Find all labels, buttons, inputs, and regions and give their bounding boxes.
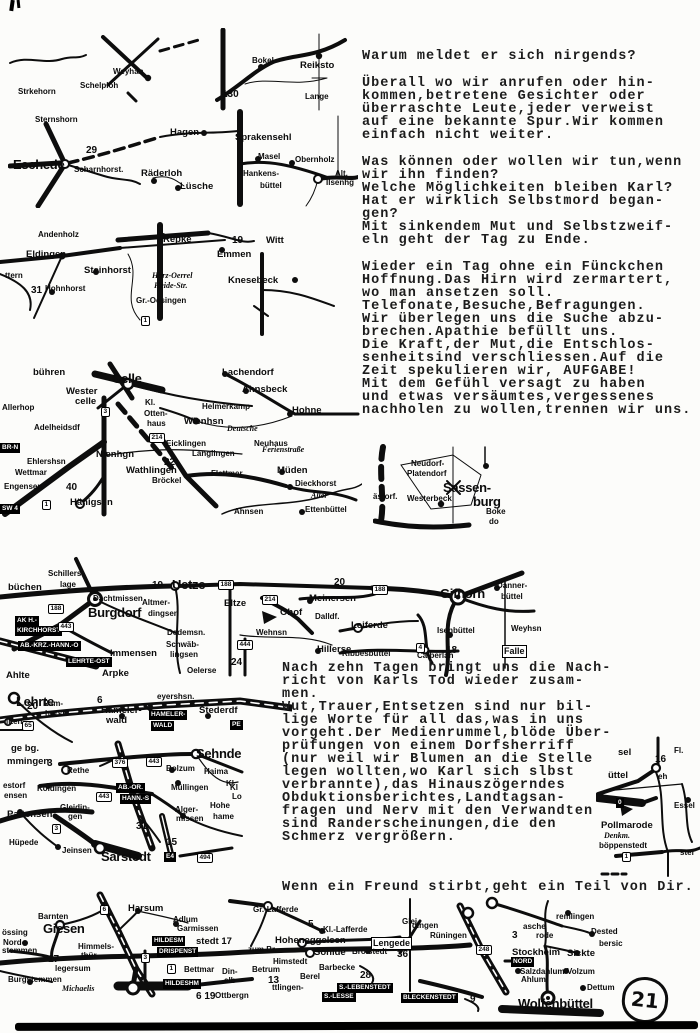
map-label: wald <box>106 716 127 726</box>
map-label: Platendorf <box>407 470 447 478</box>
map-label: Gifhorn <box>440 587 485 600</box>
map-label: Essel <box>674 802 695 810</box>
map-label: Uetze <box>172 578 205 591</box>
map-label: Andenholz <box>38 231 79 239</box>
map-label: Eicklingen <box>166 440 206 448</box>
map-label: 130 <box>222 90 239 100</box>
map-label: Dieckhorst <box>295 480 336 488</box>
scan-bottom-bar <box>15 1021 698 1031</box>
map-label: 24 <box>231 658 242 668</box>
map-label: 19 <box>232 236 243 246</box>
scan-corner-mark <box>8 0 34 14</box>
map-label: Adelheidsdf <box>34 424 80 432</box>
map-label: 214 <box>149 433 165 443</box>
map-label: 5 <box>308 920 314 930</box>
paragraph: Wieder ein Tag ohne ein Fünckchen Hoffnu… <box>362 261 700 417</box>
map-label: Dalldf. <box>315 613 339 621</box>
map-label: ilten <box>6 718 22 726</box>
map-label: Dettum <box>587 984 615 992</box>
map-label: lingsen <box>170 651 198 659</box>
map-fragment-hildesheim-wolfenbuettel: BarntenGiesenössingNord-stemmen17Himmels… <box>0 891 700 1022</box>
map-label: DRISPENST <box>157 947 198 957</box>
map-label: KIRCHHORST <box>15 626 62 636</box>
map-label: Ahlte <box>6 671 30 681</box>
scanned-zine-page: StrkehornSchelplohWeyhan BokelReikstoLan… <box>0 0 700 1033</box>
map-label: mmingen <box>7 757 49 767</box>
map-label: 1 <box>622 852 631 862</box>
map-label: Hänigsen <box>70 498 113 508</box>
map-label: Bolzum <box>166 765 195 773</box>
map-label: Gr.-Oesingen <box>136 297 186 305</box>
map-label: Burgstemmen <box>8 976 62 984</box>
map-label: Hankens- <box>243 170 279 178</box>
map-label: Langlingen <box>192 450 235 458</box>
map-label: 18 <box>446 646 457 656</box>
map-label: Volzum <box>567 968 595 976</box>
map-label: Weyhsn <box>511 625 542 633</box>
map-label: hame <box>213 813 234 821</box>
map-label: 3 <box>47 759 53 769</box>
map-label: Dedemsn. <box>167 629 205 637</box>
map-label: Aller <box>311 492 327 500</box>
paragraph: Überall wo wir anrufen oder hin- kommen,… <box>362 77 700 142</box>
map-label: Ilsenhg <box>326 179 354 187</box>
map-label: HILDESHM <box>163 979 201 989</box>
map-label: WALD <box>151 721 174 731</box>
map-label: sel <box>618 748 631 758</box>
map-label: büchen <box>8 583 42 593</box>
page-number: 21 <box>630 987 660 1014</box>
map-label: LEHRTE-OST <box>66 657 112 667</box>
map-label: Knesebeck <box>228 276 278 286</box>
map-label: Lachendorf <box>222 368 274 378</box>
map-label: 36 <box>397 950 408 960</box>
map-label: Söhlde <box>314 948 346 958</box>
map-label: Bröckel <box>152 477 181 485</box>
map-label: 20 <box>334 578 345 588</box>
map-label: ttern <box>5 272 23 280</box>
map-label: ge bg. <box>11 744 39 754</box>
map-label: Leiferde <box>351 621 388 631</box>
map-label: Haima <box>204 768 228 776</box>
map-label: 3 <box>101 407 110 417</box>
map-label: üttel <box>608 771 628 781</box>
map-label: 31 <box>31 286 42 296</box>
map-label: Neuhaus <box>254 440 288 448</box>
map-label: Garmissen <box>177 925 218 933</box>
map-fragment-lehrte-sarstedt: Lehrte20Ram-horstilten656eyershsn.Hämele… <box>0 686 292 884</box>
map-label: Witt <box>266 236 284 246</box>
map-label: Flettmer <box>211 470 243 478</box>
map-label: Otten- <box>144 410 168 418</box>
map-label: 444 <box>237 640 253 650</box>
map-label: Kl. <box>145 399 155 407</box>
map-label: 1 <box>42 500 51 510</box>
map-label: AB.-OR. <box>116 783 145 793</box>
map-label: Räderloh <box>141 169 182 179</box>
map-label: estorf <box>3 782 25 790</box>
map-label: Sternshorn <box>35 116 78 124</box>
map-label: Rethe <box>67 767 89 775</box>
map-label: HILDESM <box>152 936 185 946</box>
map-label: rode <box>536 932 553 940</box>
map-label: 494 <box>197 853 213 863</box>
map-label: Hagen <box>170 128 199 138</box>
map-label: AK H.- <box>15 616 39 626</box>
map-label: missen <box>176 815 204 823</box>
map-label: Gr.-Lafferde <box>253 906 298 914</box>
map-label: Deutsche <box>227 425 258 433</box>
map-label: bersic <box>599 940 623 948</box>
map-fragment-celle: bührenCelleWestercelleAllerhopAdelheidsd… <box>0 346 362 520</box>
map-label: 3 <box>141 953 150 963</box>
map-label: Westerbeck <box>407 495 452 503</box>
map-label: Fl. <box>674 747 683 755</box>
map-label: Kl.-Lafferde <box>323 926 367 934</box>
map-label: 443 <box>96 792 112 802</box>
map-label: Sehnde <box>196 747 241 760</box>
map-label: Eltze <box>224 599 246 609</box>
map-label: Celle <box>112 372 142 385</box>
map-label: Weyhan <box>113 68 144 76</box>
map-label: Stederdf <box>199 706 238 716</box>
map-label: 6 <box>100 905 109 915</box>
map-label: 29 <box>86 146 97 156</box>
map-label: 16 <box>655 755 666 765</box>
map-label: Allerhop <box>2 404 34 412</box>
map-label: remlingen <box>556 913 594 921</box>
map-label: Barbecke <box>319 964 355 972</box>
map-label: Steinhorst <box>84 266 131 276</box>
map-label: eyershsn. <box>157 693 194 701</box>
map-label: ster <box>680 849 695 857</box>
map-label: 40 <box>66 483 77 493</box>
map-label: Oelerse <box>187 667 216 675</box>
map-label: Ahnsen <box>234 508 263 516</box>
map-label: 0 <box>616 798 624 808</box>
map-label: zum Br. <box>248 946 277 954</box>
map-label: Schillers- <box>48 570 84 578</box>
map-label: HAMELER- <box>149 710 187 720</box>
map-label: Neudorf- <box>411 460 444 468</box>
map-label: Helmerkamp <box>202 403 250 411</box>
map-label: 188 <box>48 604 64 614</box>
map-label: Koldingen <box>37 785 76 793</box>
map-label: Harz-Oerrel <box>152 272 192 280</box>
map-label: Sprakensehl <box>235 133 292 143</box>
map-label: össing <box>2 929 28 937</box>
map-label: büttel <box>260 182 282 190</box>
map-label: Giesen <box>43 922 85 935</box>
map-label: Sickte <box>567 949 595 959</box>
typewriter-final-line: Wenn ein Freund stirbt,geht ein Teil von… <box>282 881 700 908</box>
map-label: Falle <box>502 645 527 658</box>
map-label: do <box>489 518 499 526</box>
map-label: celle <box>75 397 96 407</box>
map-label: HANN.-S <box>120 794 151 804</box>
map-label: 214 <box>262 595 278 605</box>
map-label: Schwäb- <box>166 641 199 649</box>
map-label: 31 <box>136 822 147 832</box>
map-label: Repke <box>163 235 192 245</box>
map-label: ästorf. <box>373 493 397 501</box>
map-label: Ram- <box>43 700 63 708</box>
map-label: NORD <box>511 957 534 967</box>
map-label: Lüsche <box>180 182 213 192</box>
map-label: Boke <box>486 508 506 516</box>
map-label: haus <box>147 420 166 428</box>
map-label: legersum <box>55 965 91 973</box>
map-label: 9 <box>470 995 476 1005</box>
map-label: Altmer- <box>142 599 170 607</box>
map-label: Sarstedt <box>101 850 151 863</box>
map-label: Betrum <box>252 966 280 974</box>
map-label: dingen <box>412 922 438 930</box>
map-label: büttel <box>501 593 523 601</box>
map-label: Arpke <box>102 669 129 679</box>
map-label: 19 <box>152 581 163 591</box>
map-label: Hohe <box>210 802 230 810</box>
map-label: Pollmarode <box>601 821 653 831</box>
map-label: Pattensen <box>7 810 52 820</box>
map-label: Müllingen <box>171 784 208 792</box>
map-fragment-bokel: BokelReikstoLange130 <box>215 28 355 116</box>
map-label: 20 <box>27 702 38 712</box>
map-label: Hüpede <box>9 839 38 847</box>
map-label: Lange <box>305 93 329 101</box>
paragraph: Nach zehn Tagen bringt uns die Nach- ric… <box>282 662 700 844</box>
map-label: BR-N <box>0 443 20 453</box>
map-label: Hoheneggelsen <box>275 936 346 946</box>
map-label: 443 <box>146 757 162 767</box>
map-label: Scharnhorst. <box>74 166 123 174</box>
map-label: elb <box>224 977 236 985</box>
map-label: AB.-KRZ.-HANN.-O <box>18 641 81 651</box>
map-label: PE <box>230 720 243 730</box>
map-fragment-schelploh: StrkehornSchelplohWeyhan <box>8 35 218 107</box>
map-label: Meinersen <box>309 594 356 604</box>
map-label: Ribbesbüttel <box>342 650 390 658</box>
map-label: Wehnsn <box>256 629 287 637</box>
map-label: E4 <box>164 852 176 862</box>
map-label: 15 <box>166 838 177 848</box>
map-roads <box>215 28 355 116</box>
map-label: böppenstedt <box>599 842 647 850</box>
map-label: Eldingen <box>26 250 66 260</box>
map-label: Ottbergn <box>215 992 249 1000</box>
map-label: Danner- <box>497 582 527 590</box>
map-label: Ehlershsn <box>27 458 66 466</box>
map-label: BLECKENSTEDT <box>401 993 458 1003</box>
map-label: 28 <box>360 971 371 981</box>
map-label: Bettmar <box>184 966 214 974</box>
map-label: Berel <box>300 973 320 981</box>
map-label: Heide-Str. <box>154 282 188 290</box>
map-label: 65 <box>22 721 34 731</box>
map-label: 188 <box>218 580 234 590</box>
map-label: SW 4 <box>0 504 20 514</box>
map-label: Reiksto <box>300 61 334 71</box>
map-label: 188 <box>372 585 388 595</box>
map-label: bühren <box>33 368 65 378</box>
map-label: 443 <box>58 622 74 632</box>
map-label: Obernholz <box>295 156 335 164</box>
map-label: 6 19 <box>196 992 215 1002</box>
map-label: Ettenbüttel <box>305 506 347 514</box>
map-label: Jeinsen <box>62 847 92 855</box>
paragraph: Warum meldet er sich nirgends? <box>362 50 700 63</box>
map-label: Ahnsbeck <box>242 385 287 395</box>
map-label: 1 <box>141 316 150 326</box>
map-label: 3 <box>52 824 61 834</box>
map-label: Wettmar <box>15 469 47 477</box>
map-label: Bokel <box>252 57 274 65</box>
map-label: stemmen <box>2 947 37 955</box>
map-label: Hohnhorst <box>45 285 85 293</box>
map-label: 3 <box>512 931 518 941</box>
map-fragment-sassenburg: Neudorf-PlatendorfSassen-burgWesterbeckä… <box>373 443 513 531</box>
map-label: 1 <box>167 964 176 974</box>
map-label: Ohof <box>280 608 302 618</box>
paragraph: Was können oder wollen wir tun,wenn wir … <box>362 156 700 247</box>
map-label: 376 <box>112 758 128 768</box>
map-fragment-steinhorst: AndenholzEldingenttern31HohnhorstSteinho… <box>0 220 362 338</box>
map-label: Dested <box>591 928 618 936</box>
map-label: Eschede <box>13 158 64 171</box>
map-label: S.-LESSE <box>322 992 356 1002</box>
map-label: Nienhgn <box>96 450 134 460</box>
map-label: Immensen <box>110 649 157 659</box>
map-label: ensen <box>4 792 27 800</box>
map-label: gen <box>68 813 82 821</box>
map-label: Wathlingen <box>126 466 177 476</box>
map-label: Hohne <box>292 406 322 416</box>
typewriter-text-right: Warum meldet er sich nirgends? Überall w… <box>362 50 700 431</box>
map-label: Wolfenbüttel <box>518 997 593 1010</box>
map-label: Masel <box>258 153 280 161</box>
map-label: eh <box>658 773 667 781</box>
map-label: ttlingen- <box>272 984 304 992</box>
map-label: Schelploh <box>80 82 118 90</box>
map-label: dingsen <box>148 610 179 618</box>
map-label: Dachtmissen <box>93 595 143 603</box>
map-label: Isenbüttel <box>437 627 475 635</box>
map-label: Rüningen <box>430 932 467 940</box>
map-label: Denkm. <box>604 832 630 840</box>
map-label: Lo <box>232 793 242 801</box>
map-label: Ahlum <box>521 976 546 984</box>
map-label: 248 <box>476 945 492 955</box>
map-label: Harsum <box>128 904 163 914</box>
map-label: Michaelis <box>62 985 94 993</box>
map-label: stedt 17 <box>196 937 232 947</box>
map-label: horst <box>45 710 65 718</box>
map-label: Sassen- <box>443 481 491 494</box>
map-label: Emmen <box>217 250 251 260</box>
map-label: Strkehorn <box>18 88 56 96</box>
paragraph: Wenn ein Freund stirbt,geht ein Teil von… <box>282 881 700 894</box>
map-label: Wienhsn <box>184 417 224 427</box>
map-fragment-eschede: SternshornEschede29Scharnhorst.HagenSpra… <box>8 106 358 208</box>
map-label: Müden <box>277 466 308 476</box>
map-label: lage <box>60 581 76 589</box>
map-label: thür <box>81 952 97 960</box>
map-label: Engensen <box>4 483 42 491</box>
map-label: Burgdorf <box>88 606 141 619</box>
map-label: Broistedt <box>352 948 387 956</box>
